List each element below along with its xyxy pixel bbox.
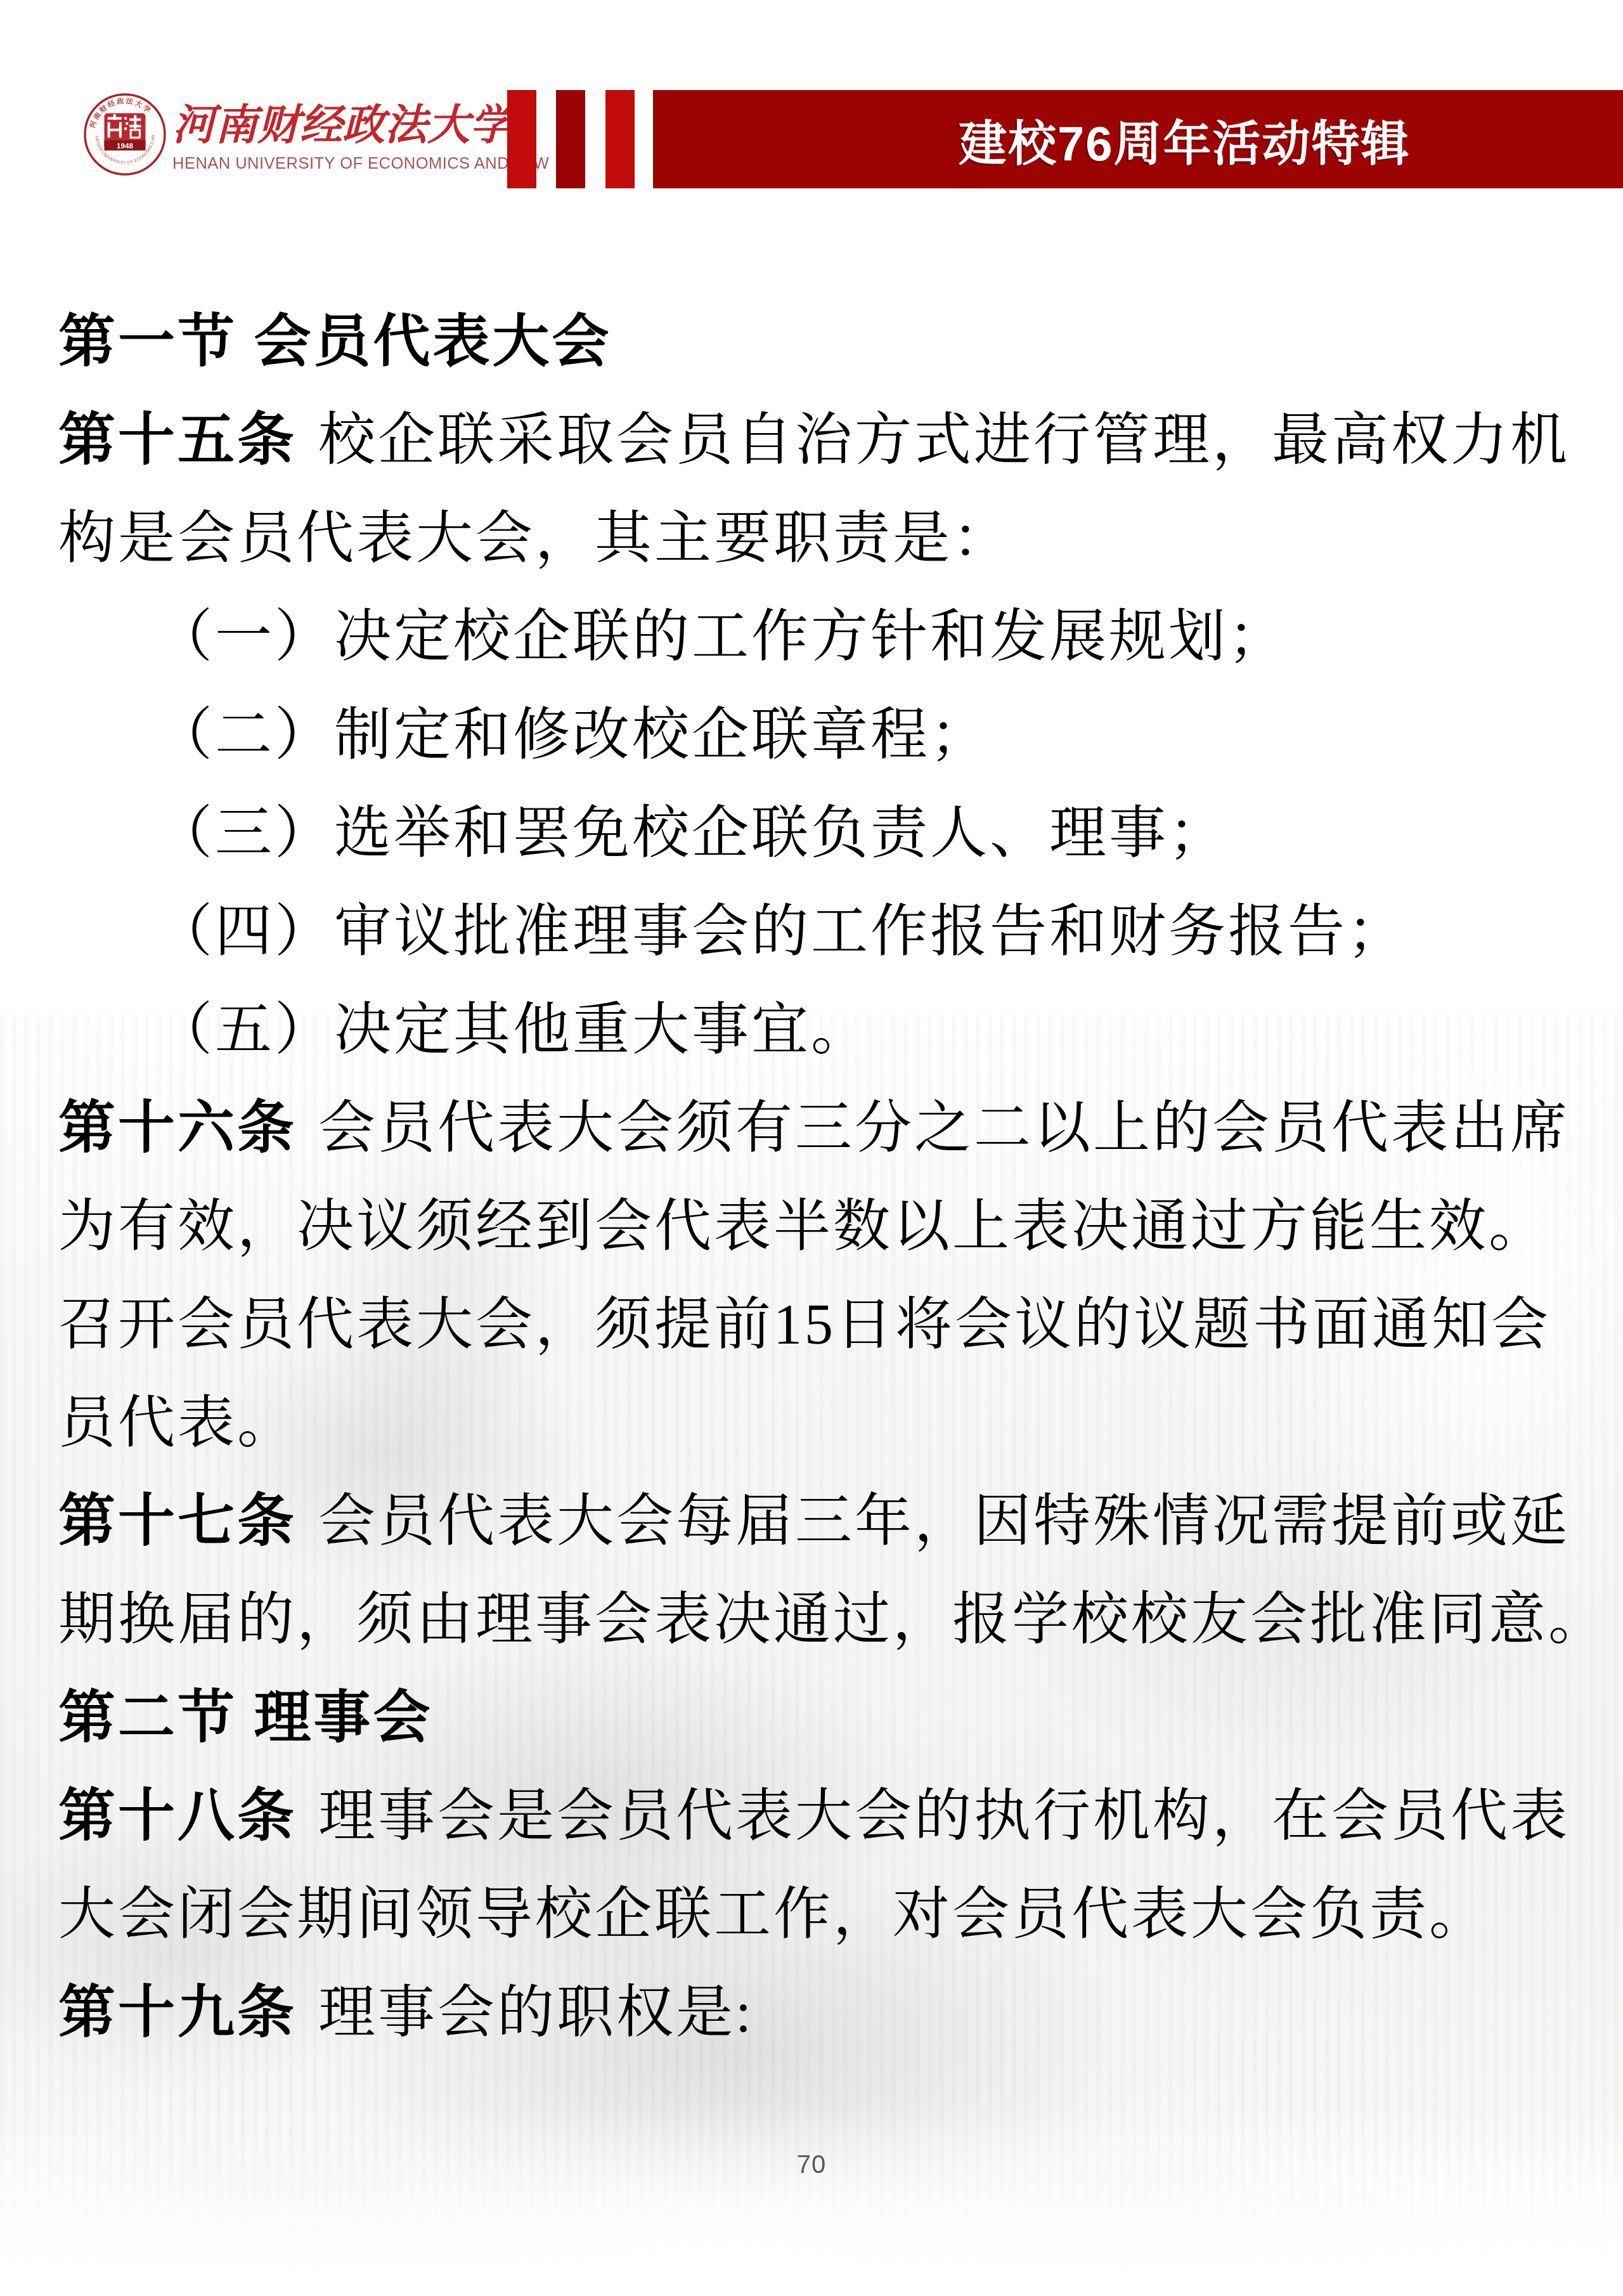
page-footer: 70 bbox=[0, 2151, 1623, 2179]
article-text: 理事会是会员代表大会的执行机构，在会员代表 bbox=[318, 1785, 1570, 1848]
article-number: 第十五条 bbox=[58, 409, 297, 472]
seal-year: 1948 bbox=[117, 142, 133, 150]
article-line: 构是会员代表大会，其主要职责是： bbox=[58, 490, 1580, 588]
article-line: 第十五条校企联采取会员自治方式进行管理，最高权力机 bbox=[58, 391, 1580, 490]
decorative-red-bar-3 bbox=[605, 90, 635, 188]
university-logo: 河南财经政法大学 HENAN UNIVERSITY OF ECONOMICS A… bbox=[172, 103, 527, 173]
article-line: 员代表。 bbox=[58, 1374, 1580, 1472]
article-number: 第十九条 bbox=[58, 1981, 297, 2044]
list-item: （五）决定其他重大事宜。 bbox=[58, 981, 1580, 1079]
list-item: （一）决定校企联的工作方针和发展规划； bbox=[58, 588, 1580, 686]
decorative-red-bar-1 bbox=[507, 90, 536, 188]
list-item: （三）选举和罢免校企联负责人、理事； bbox=[58, 784, 1580, 883]
article-line: 第十八条理事会是会员代表大会的执行机构，在会员代表 bbox=[58, 1767, 1580, 1865]
document-body: 第一节 会员代表大会 第十五条校企联采取会员自治方式进行管理，最高权力机 构是会… bbox=[58, 293, 1580, 2062]
document-page: 河南财经政法大学 HENAN UNIVERSITY OF ECONOMICS A… bbox=[0, 0, 1623, 2296]
article-number: 第十八条 bbox=[58, 1785, 297, 1848]
article-line: 第十七条会员代表大会每届三年，因特殊情况需提前或延 bbox=[58, 1472, 1580, 1571]
section-heading: 第二节 理事会 bbox=[58, 1669, 1580, 1767]
article-text: 会员代表大会须有三分之二以上的会员代表出席 bbox=[318, 1097, 1570, 1160]
list-item: （四）审议批准理事会的工作报告和财务报告； bbox=[58, 883, 1580, 981]
anniversary-banner: 建校76周年活动特辑 bbox=[653, 90, 1623, 188]
article-text: 会员代表大会每届三年，因特殊情况需提前或延 bbox=[318, 1490, 1570, 1553]
article-line: 期换届的，须由理事会表决通过，报学校校友会批准同意。 bbox=[58, 1571, 1580, 1669]
section-heading: 第一节 会员代表大会 bbox=[58, 293, 1580, 391]
university-name-english: HENAN UNIVERSITY OF ECONOMICS AND LAW bbox=[172, 153, 521, 173]
banner-title: 建校76周年活动特辑 bbox=[959, 105, 1411, 174]
article-line: 为有效，决议须经到会代表半数以上表决通过方能生效。 bbox=[58, 1177, 1580, 1276]
article-line: 召开会员代表大会，须提前15日将会议的议题书面通知会 bbox=[58, 1276, 1580, 1374]
article-text: 校企联采取会员自治方式进行管理，最高权力机 bbox=[318, 409, 1570, 472]
article-line: 第十六条会员代表大会须有三分之二以上的会员代表出席 bbox=[58, 1079, 1580, 1177]
article-number: 第十七条 bbox=[58, 1490, 297, 1553]
article-line: 大会闭会期间领导校企联工作，对会员代表大会负责。 bbox=[58, 1865, 1580, 1964]
list-item: （二）制定和修改校企联章程； bbox=[58, 686, 1580, 784]
article-line: 第十九条理事会的职权是: bbox=[58, 1964, 1580, 2062]
university-seal-icon: 河南财经政法大学 HENAN UNIVERSITY OF ECONOMICS A… bbox=[83, 93, 167, 176]
university-name-chinese: 河南财经政法大学 bbox=[172, 103, 527, 150]
decorative-red-bar-2 bbox=[556, 90, 585, 188]
page-number: 70 bbox=[797, 2151, 827, 2179]
article-number: 第十六条 bbox=[58, 1097, 297, 1160]
article-text: 理事会的职权是: bbox=[318, 1981, 754, 2044]
